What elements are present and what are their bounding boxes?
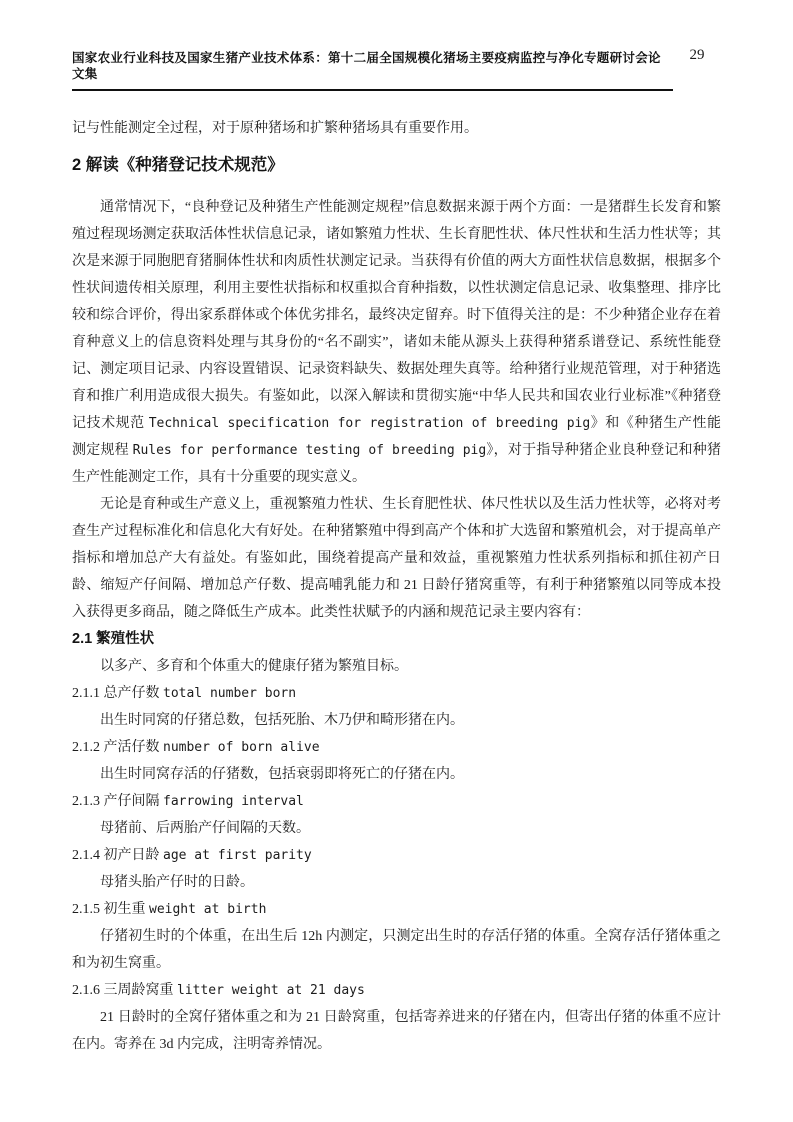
trait-label-en: age at first parity bbox=[163, 848, 312, 863]
carryover-paragraph: 记与性能测定全过程，对于原种猪场和扩繁种猪场具有重要作用。 bbox=[72, 115, 721, 142]
trait-label-zh: 2.1.1 总产仔数 bbox=[72, 686, 163, 701]
trait-label-zh: 2.1.2 产活仔数 bbox=[72, 740, 163, 755]
trait-item: 2.1.6 三周龄窝重 litter weight at 21 days 21 … bbox=[72, 977, 721, 1058]
section-2-1-heading: 2.1 繁殖性状 bbox=[72, 626, 721, 653]
trait-label-en: litter weight at 21 days bbox=[177, 983, 365, 998]
page-header: 国家农业行业科技及国家生猪产业技术体系：第十二届全国规模化猪场主要疫病监控与净化… bbox=[72, 50, 721, 91]
header-title: 国家农业行业科技及国家生猪产业技术体系：第十二届全国规模化猪场主要疫病监控与净化… bbox=[72, 50, 673, 91]
trait-label-en: total number born bbox=[163, 686, 296, 701]
trait-item-body: 母猪前、后两胎产仔间隔的天数。 bbox=[72, 815, 721, 842]
trait-item-heading: 2.1.1 总产仔数 total number born bbox=[72, 680, 721, 707]
trait-item-body: 出生时同窝存活的仔猪数，包括衰弱即将死亡的仔猪在内。 bbox=[72, 761, 721, 788]
trait-item-body: 母猪头胎产仔时的日龄。 bbox=[72, 869, 721, 896]
trait-label-en: farrowing interval bbox=[163, 794, 304, 809]
trait-label-en: number of born alive bbox=[163, 740, 320, 755]
text-fragment: 通常情况下，“良种登记及种猪生产性能测定规程”信息数据来源于两个方面：一是猪群生… bbox=[72, 200, 721, 431]
trait-label-zh: 2.1.6 三周龄窝重 bbox=[72, 983, 177, 998]
section-2-1-intro: 以多产、多育和个体重大的健康仔猪为繁殖目标。 bbox=[72, 653, 721, 680]
trait-item-heading: 2.1.5 初生重 weight at birth bbox=[72, 896, 721, 923]
trait-label-zh: 2.1.5 初生重 bbox=[72, 902, 149, 917]
trait-item: 2.1.4 初产日龄 age at first parity 母猪头胎产仔时的日… bbox=[72, 842, 721, 896]
section-2-heading: 2 解读《种猪登记技术规范》 bbox=[72, 153, 721, 177]
trait-item: 2.1.3 产仔间隔 farrowing interval 母猪前、后两胎产仔间… bbox=[72, 788, 721, 842]
english-standard-name-2: Rules for performance testing of breedin… bbox=[133, 443, 487, 458]
section-2-paragraph-1: 通常情况下，“良种登记及种猪生产性能测定规程”信息数据来源于两个方面：一是猪群生… bbox=[72, 194, 721, 491]
trait-item-heading: 2.1.2 产活仔数 number of born alive bbox=[72, 734, 721, 761]
trait-item-body: 仔猪初生时的个体重，在出生后 12h 内测定，只测定出生时的存活仔猪的体重。全窝… bbox=[72, 923, 721, 977]
document-page: 国家农业行业科技及国家生猪产业技术体系：第十二届全国规模化猪场主要疫病监控与净化… bbox=[0, 0, 793, 1122]
trait-label-zh: 2.1.3 产仔间隔 bbox=[72, 794, 163, 809]
trait-item: 2.1.2 产活仔数 number of born alive 出生时同窝存活的… bbox=[72, 734, 721, 788]
trait-item: 2.1.5 初生重 weight at birth 仔猪初生时的个体重，在出生后… bbox=[72, 896, 721, 977]
page-number: 29 bbox=[673, 47, 721, 63]
english-standard-name-1: Technical specification for registration… bbox=[149, 416, 591, 431]
trait-item-heading: 2.1.6 三周龄窝重 litter weight at 21 days bbox=[72, 977, 721, 1004]
section-2-paragraph-2: 无论是育种或生产意义上，重视繁殖力性状、生长育肥性状、体尺性状以及生活力性状等，… bbox=[72, 491, 721, 626]
trait-label-zh: 2.1.4 初产日龄 bbox=[72, 848, 163, 863]
trait-item-body: 21 日龄时的全窝仔猪体重之和为 21 日龄窝重，包括寄养进来的仔猪在内，但寄出… bbox=[72, 1004, 721, 1058]
trait-item-heading: 2.1.3 产仔间隔 farrowing interval bbox=[72, 788, 721, 815]
trait-label-en: weight at birth bbox=[149, 902, 266, 917]
trait-item-heading: 2.1.4 初产日龄 age at first parity bbox=[72, 842, 721, 869]
trait-item-body: 出生时同窝的仔猪总数，包括死胎、木乃伊和畸形猪在内。 bbox=[72, 707, 721, 734]
trait-item: 2.1.1 总产仔数 total number born 出生时同窝的仔猪总数，… bbox=[72, 680, 721, 734]
document-body: 记与性能测定全过程，对于原种猪场和扩繁种猪场具有重要作用。 2 解读《种猪登记技… bbox=[72, 115, 721, 1058]
